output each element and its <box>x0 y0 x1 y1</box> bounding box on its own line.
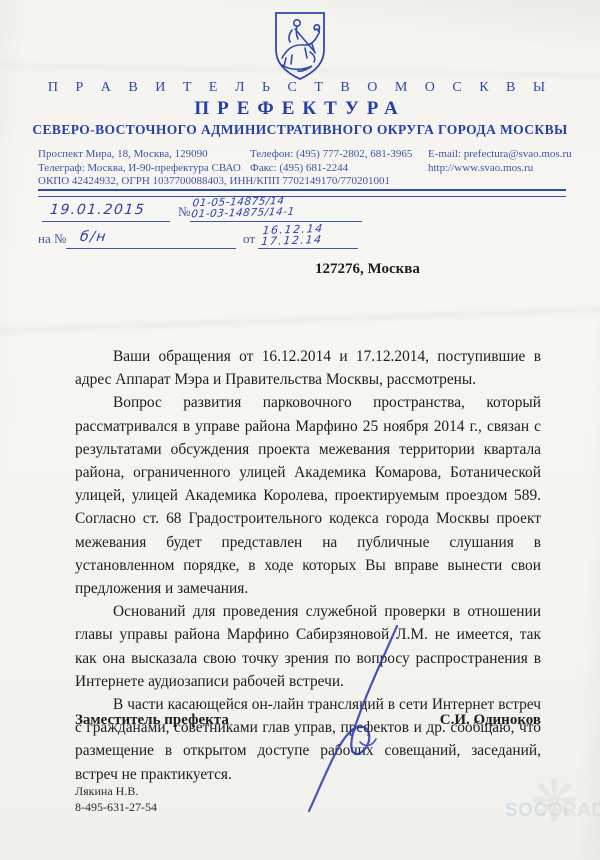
form-line <box>258 247 358 249</box>
postal-address: Проспект Мира, 18, Москва, 129090 <box>38 148 250 162</box>
reply-to-label: на № <box>38 231 66 247</box>
signer-name: С.И. Одиноков <box>440 712 541 729</box>
letterhead-divider <box>38 189 566 197</box>
paragraph: Вопрос развития парковочного пространств… <box>75 391 541 600</box>
government-title: П Р А В И Т Е Л Ь С Т В О М О С К В Ы <box>0 80 600 96</box>
from-label: от <box>243 231 255 247</box>
watermark-text: SOCGRAD <box>505 800 600 822</box>
executor-block: Лякина Н.В. 8-495-631-27-54 <box>75 783 157 815</box>
outgoing-number-line2: 01-03-14875/14-1 <box>191 206 296 221</box>
form-line <box>42 220 170 222</box>
website-url: http://www.svao.mos.ru <box>428 162 578 176</box>
fax-number: Факс: (495) 681-2244 <box>250 162 428 176</box>
watermark-part1: SOC <box>505 800 548 821</box>
number-label: № <box>178 204 190 220</box>
recipient-address: 127276, Москва <box>315 261 420 278</box>
pen-signature <box>300 622 415 817</box>
form-line <box>66 247 236 249</box>
moscow-coat-of-arms-icon <box>262 8 338 80</box>
scanned-letter: П Р А В И Т Е Л Ь С Т В О М О С К В Ы ПР… <box>0 0 600 860</box>
telegraph-address: Телеграф: Москва, И-90-префектура СВАО <box>38 162 250 176</box>
paragraph: Ваши обращения от 16.12.2014 и 17.12.201… <box>75 345 541 391</box>
district-subtitle: СЕВЕРО-ВОСТОЧНОГО АДМИНИСТРАТИВНОГО ОКРУ… <box>0 122 600 138</box>
reply-number-handwritten: б/н <box>79 229 108 245</box>
signer-position: Заместитель префекта <box>75 712 229 729</box>
registration-codes: ОКПО 42424932, ОГРН 1037700088403, ИНН/К… <box>38 175 390 189</box>
executor-phone: 8-495-631-27-54 <box>75 799 157 815</box>
reference-block: 19.01.2015 № 01-05-14875/14 01-03-14875/… <box>0 198 600 258</box>
form-line <box>190 220 362 222</box>
prefecture-title: ПРЕФЕКТУРА <box>0 98 600 120</box>
contact-block: Проспект Мира, 18, Москва, 129090 Телефо… <box>38 148 578 189</box>
reply-dates-handwritten: 16.12.14 17.12.14 <box>261 223 325 247</box>
reply-date-2: 17.12.14 <box>261 233 324 248</box>
outgoing-date-handwritten: 19.01.2015 <box>49 202 146 218</box>
outgoing-number-handwritten: 01-05-14875/14 01-03-14875/14-1 <box>191 196 297 221</box>
paper-crease <box>0 300 600 340</box>
email-address: E-mail: prefectura@svao.mos.ru <box>428 148 578 162</box>
executor-name: Лякина Н.В. <box>75 783 157 799</box>
phone-number: Телефон: (495) 777-2802, 681-3965 <box>250 148 428 162</box>
watermark-part2: GRAD <box>548 800 600 821</box>
